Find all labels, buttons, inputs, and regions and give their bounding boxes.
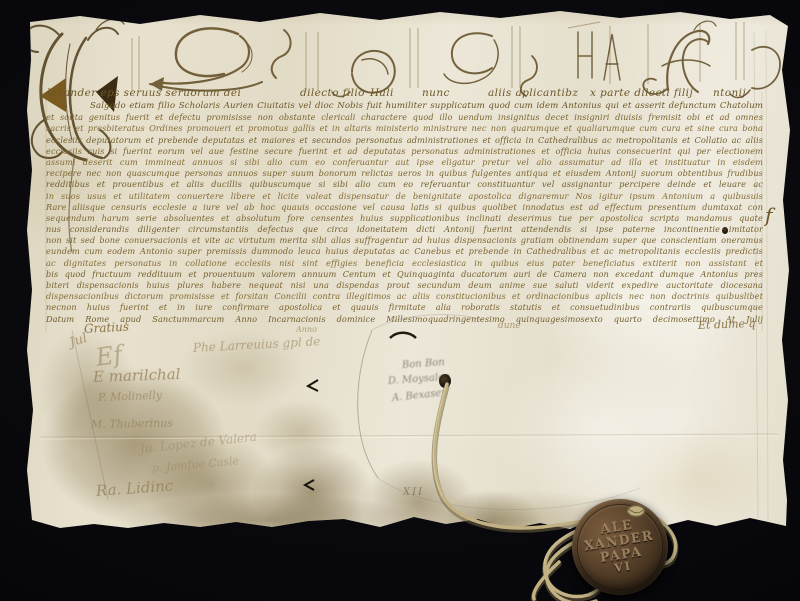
ruling-verticals [132, 22, 744, 92]
body-line: eundem cum eodem Antonio super premissis… [46, 246, 763, 257]
body-line: nus considerandis diligenter circumstant… [46, 224, 763, 235]
sig-item: Ju. Lopez de Valera [139, 430, 257, 456]
address-seg-item: Hali [370, 88, 394, 99]
sig-item: Jul [68, 331, 90, 351]
body-line: sacris et presbiteratus Ordines promouer… [46, 123, 763, 134]
body-line: necnon huius fuerint et in iure confirma… [46, 302, 763, 313]
body-line: ecclesiis suis si fuerint eorum vel aue … [46, 146, 763, 157]
body-line: Salgado etiam filio Scholaris Aurien Ciu… [46, 101, 763, 112]
body-line: bis quod fructuum reddituum et prouentuu… [46, 269, 763, 280]
fly-speck [305, 480, 314, 490]
body-line: dispensacionibus dictorum promisisse et … [46, 291, 763, 302]
seal-text-line: VI [614, 560, 633, 575]
worm-hole [722, 227, 728, 234]
note-item: Gratius [84, 320, 130, 336]
seal-text-line: PAPA [599, 545, 643, 565]
body-line: ac dignitates personatus in collatione e… [46, 258, 763, 269]
seal-text-line: ALE [600, 518, 634, 537]
archival-number: XII [403, 487, 424, 498]
sig-item: M. Thuberinus [91, 417, 173, 431]
body-line: non sit sed bone conuersacionis et vite … [46, 235, 763, 246]
body-line: Rare aliisque censuris ecclesie a iure v… [46, 202, 763, 213]
address-seg-item: aliis aplicantibz [488, 88, 578, 99]
seal-text-line: XANDER [583, 529, 654, 554]
note-item: Anno [296, 325, 317, 334]
note-item: dune [498, 321, 521, 331]
body-line: recipere nec non quascumque personas ann… [46, 168, 763, 179]
pencil-item: Bon Bon [402, 357, 445, 371]
ink-blot [390, 333, 416, 338]
address-seg-item: x parte dilecti filij [590, 88, 693, 99]
sig-item: E marilchal [93, 365, 181, 386]
sig-item: Ra. Lidinc [95, 477, 173, 500]
body-line: biteri dispensacionis huius plures haber… [46, 280, 763, 291]
body-line: in suos usus et utilitatem conuertere li… [46, 191, 763, 202]
fly-speck [308, 380, 318, 391]
pencil-circle-arc [358, 330, 378, 478]
photo-backdrop: lexander eps seruus seruorum deidilecto … [0, 0, 800, 601]
sig-item: p. Jomfue Casle [151, 454, 239, 475]
sig-item: Phe Larreuius gpl de [193, 334, 321, 355]
cord-hole [439, 374, 451, 388]
body-line: redditibus et prouentibus et aliis ducil… [46, 179, 763, 190]
body-line: Datum Rome apud Sanctummarcum Anno Incar… [46, 314, 763, 325]
margin-mark: f [765, 203, 772, 227]
sig-item: P. Molinelly [98, 389, 162, 404]
pencil-item: A. Bexasey [391, 387, 447, 404]
charter-body-text: Salgado etiam filio Scholaris Aurien Ciu… [46, 101, 763, 325]
address-seg-item: nunc [422, 88, 450, 99]
body-line: sequendum harum serie absoluentes et abs… [46, 213, 763, 224]
body-line: et solita genitus fuerit et defectu prom… [46, 112, 763, 123]
note-item: Et dume q [698, 317, 756, 332]
body-line: assumi deserit cum immineat annuos si si… [46, 157, 763, 168]
body-line: ecclesiis deputatorum et prebende deputa… [46, 135, 763, 146]
parchment-charter: lexander eps seruus seruorum deidilecto … [0, 0, 800, 601]
address-seg-item: lexander eps seruus seruorum dei [47, 88, 241, 99]
address-seg-item: dilecto filio [300, 88, 365, 99]
address-seg-item: ntonij [713, 88, 746, 99]
